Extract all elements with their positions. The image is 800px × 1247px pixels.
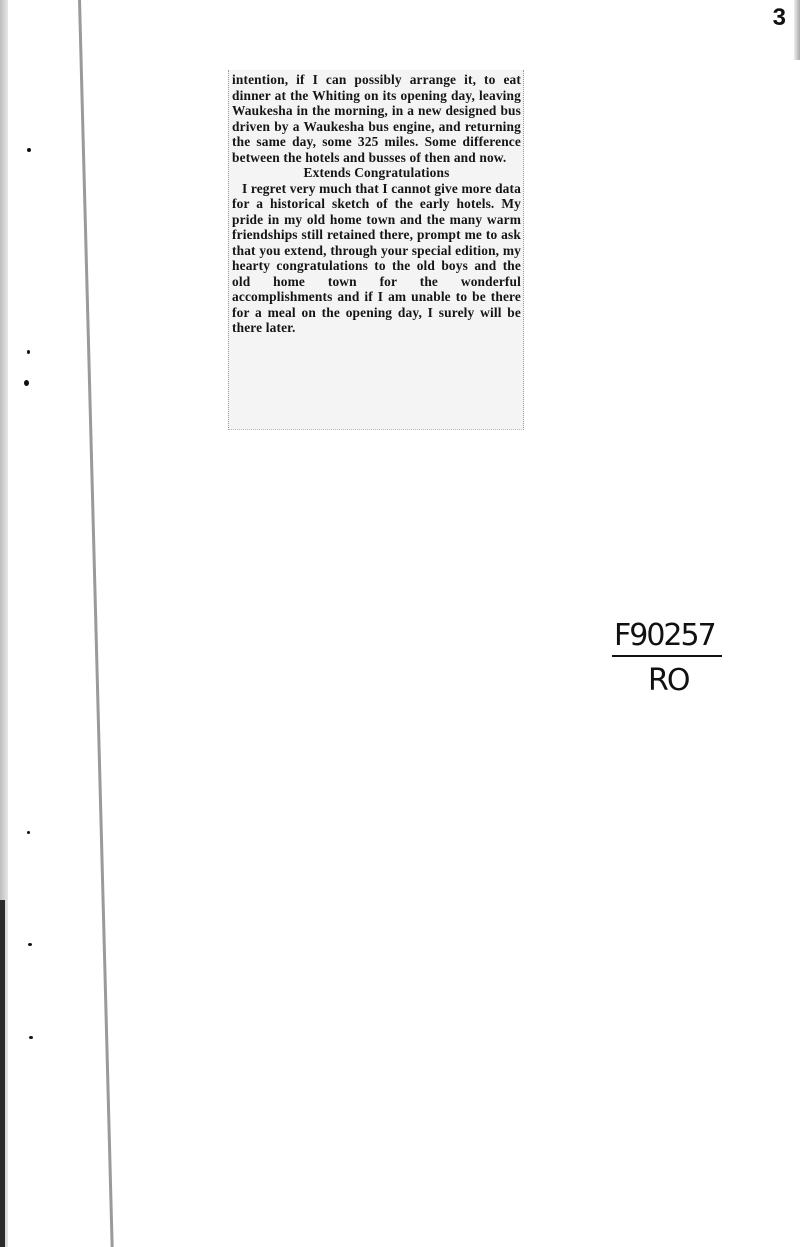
annotation-initials: RO bbox=[612, 663, 722, 698]
page-number: 3 bbox=[773, 4, 786, 32]
scan-left-shadow bbox=[0, 900, 5, 1247]
punch-mark bbox=[29, 1036, 33, 1039]
clipping-paragraph-2: I regret very much that I cannot give mo… bbox=[232, 181, 521, 336]
punch-mark bbox=[28, 943, 32, 946]
page-fold-line bbox=[78, 0, 114, 1247]
annotation-underline bbox=[612, 655, 722, 657]
clipping-paragraph-1: intention, if I can possibly arrange it,… bbox=[232, 72, 521, 165]
catalog-number: F90257 bbox=[612, 618, 722, 653]
punch-mark bbox=[27, 148, 31, 152]
punch-mark bbox=[27, 350, 30, 354]
handwritten-annotation: F90257 RO bbox=[612, 618, 722, 698]
punch-mark bbox=[27, 831, 30, 834]
punch-mark bbox=[24, 380, 29, 386]
clipping-subheading: Extends Congratulations bbox=[232, 165, 521, 181]
newspaper-clipping: intention, if I can possibly arrange it,… bbox=[228, 70, 524, 430]
scan-right-edge bbox=[794, 0, 800, 60]
